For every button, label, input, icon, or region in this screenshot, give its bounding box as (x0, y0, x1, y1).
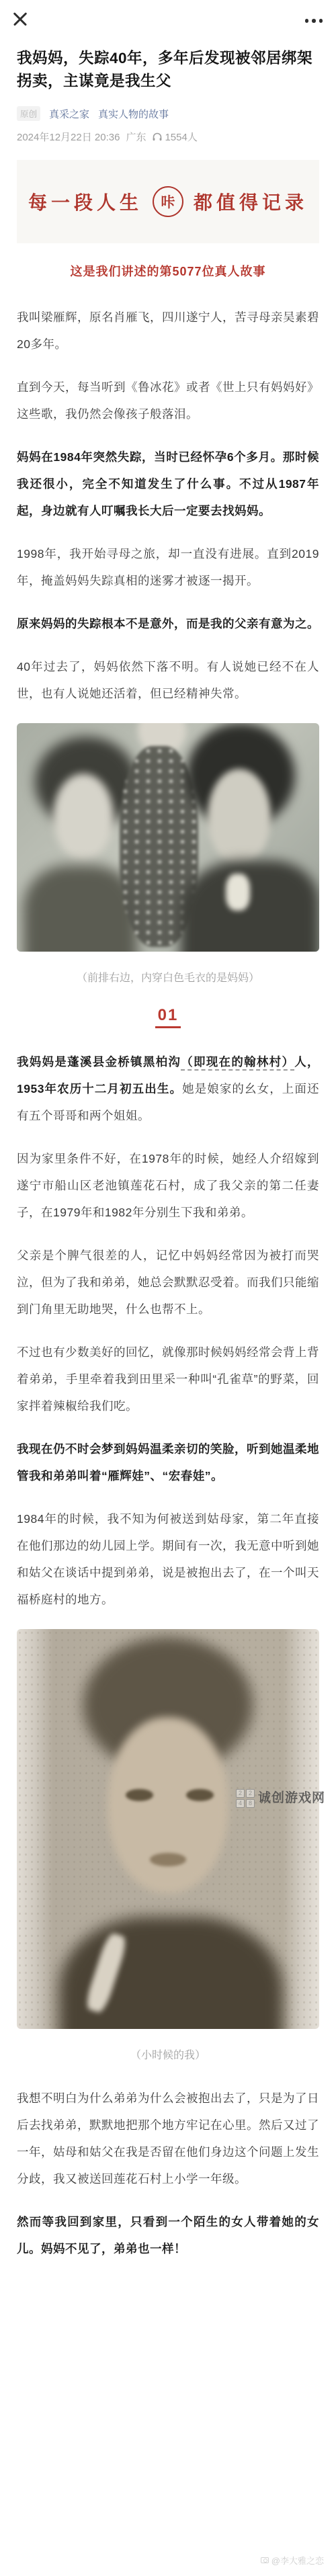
paragraph: 因为家里条件不好，在1978年的时候，她经人介绍嫁到遂宁市船山区老池镇莲花石村，… (17, 1145, 319, 1226)
photo-art (208, 769, 271, 865)
photo-art (226, 874, 250, 910)
paragraph: 1984年的时候，我不知为何被送到姑母家，第二年直接在他们那边的幼儿园上学。期间… (17, 1505, 319, 1613)
account-name-link[interactable]: 真采之家 (49, 107, 89, 121)
paragraph: 父亲是个脾气很差的人，记忆中妈妈经常因为被打而哭泣，但为了我和弟弟，她总会默默忍… (17, 1242, 319, 1323)
camera-icon (261, 2557, 269, 2563)
more-menu-icon[interactable] (305, 15, 323, 23)
section-number: 01 (155, 1006, 181, 1028)
photo-art (180, 860, 319, 952)
story-number-line: 这是我们讲述的第5077位真人故事 (17, 262, 319, 280)
paragraph: 然而等我回到家里，只看到一个陌生的女人带着她的女儿。妈妈不见了，弟弟也一样！ (17, 2208, 319, 2262)
paragraph-group-1: 我叫梁雁辉，原名肖雁飞，四川遂宁人，苦寻母亲吴素碧20多年。直到今天，每当听到《… (17, 304, 319, 707)
photo-art (186, 1789, 214, 1801)
photo-art (59, 1917, 283, 2029)
paragraph: 我现在仍不时会梦到妈妈温柔亲切的笑脸，听到她温柔地管我和弟弟叫着“雁辉娃”、“宏… (17, 1436, 319, 1489)
paragraph: 原来妈妈的失踪根本不是意外，而是我的父亲有意为之。 (17, 610, 319, 637)
top-bar (0, 0, 336, 27)
paragraph-group-3: 我想不明白为什么弟弟为什么会被抱出去了，只是为了日后去找弟弟，默默地把那个地方牢… (17, 2085, 319, 2262)
credit-watermark: @李大雅之恋 (261, 2554, 324, 2567)
childhood-photo[interactable] (17, 1629, 319, 2029)
site-watermark-text: 诚创游戏网 (258, 1788, 325, 1806)
photo-art (126, 1789, 153, 1801)
family-photo[interactable] (17, 723, 319, 952)
paragraph: 直到今天，每当听到《鲁冰花》或者《世上只有妈妈好》这些歌，我仍然会像孩子般落泪。 (17, 374, 319, 427)
publish-datetime: 2024年12月22日 20:36 (17, 130, 120, 144)
paragraph: 妈妈在1984年突然失踪，当时已经怀孕6个多月。那时候我还很小，完全不知道发生了… (17, 444, 319, 524)
topic-link[interactable]: 真实人物的故事 (98, 107, 169, 121)
paragraph-group-2: 我妈妈是蓬溪县金桥镇黑柏沟（即现在的翰林村）人，1953年农历十二月初五出生。她… (17, 1048, 319, 1613)
meta-row: 2024年12月22日 20:36 广东 1554人 (17, 130, 319, 144)
credit-watermark-text: @李大雅之恋 (271, 2554, 324, 2567)
photo-art (53, 774, 114, 860)
seal-logo-icon: 咔 (153, 186, 183, 217)
article-title: 我妈妈，失踪40年，多年后发现被邻居绑架拐卖，主谋竟是我生父 (17, 47, 319, 93)
banner-left-text: 每一段人生 (28, 188, 142, 215)
paragraph: 不过也有少数美好的回忆，就像那时候妈妈经常会背上背着弟弟，手里牵着我到田里采一种… (17, 1339, 319, 1419)
photo-caption: （前排右边，内穿白色毛衣的是妈妈） (17, 969, 319, 985)
listen-count[interactable]: 1554人 (152, 130, 197, 144)
byline-row: 原创 真采之家 真实人物的故事 (17, 106, 319, 121)
paragraph: 40年过去了，妈妈依然下落不明。有人说她已经不在人世，也有人说她还活着，但已经精… (17, 653, 319, 707)
game-tiles-icon: 2248 (236, 1789, 255, 1808)
paragraph: 我想不明白为什么弟弟为什么会被抱出去了，只是为了日后去找弟弟，默默地把那个地方牢… (17, 2085, 319, 2192)
banner-right-text: 都值得记录 (194, 188, 308, 215)
section-header: 01 (17, 1006, 319, 1028)
headphones-icon (152, 132, 163, 142)
photo-caption: （小时候的我） (17, 2046, 319, 2062)
brand-banner: 每一段人生 咔 都值得记录 (17, 160, 319, 243)
site-watermark: 2248 诚创游戏网 (236, 1788, 325, 1808)
paragraph: 我叫梁雁辉，原名肖雁飞，四川遂宁人，苦寻母亲吴素碧20多年。 (17, 304, 319, 358)
original-badge: 原创 (17, 106, 40, 121)
close-icon[interactable] (12, 11, 28, 27)
photo-art (108, 1717, 228, 1893)
paragraph: 我妈妈是蓬溪县金桥镇黑柏沟（即现在的翰林村）人，1953年农历十二月初五出生。她… (17, 1048, 319, 1129)
publish-location: 广东 (126, 130, 146, 144)
paragraph: 1998年，我开始寻母之旅，却一直没有进展。直到2019年，掩盖妈妈失踪真相的迷… (17, 540, 319, 594)
